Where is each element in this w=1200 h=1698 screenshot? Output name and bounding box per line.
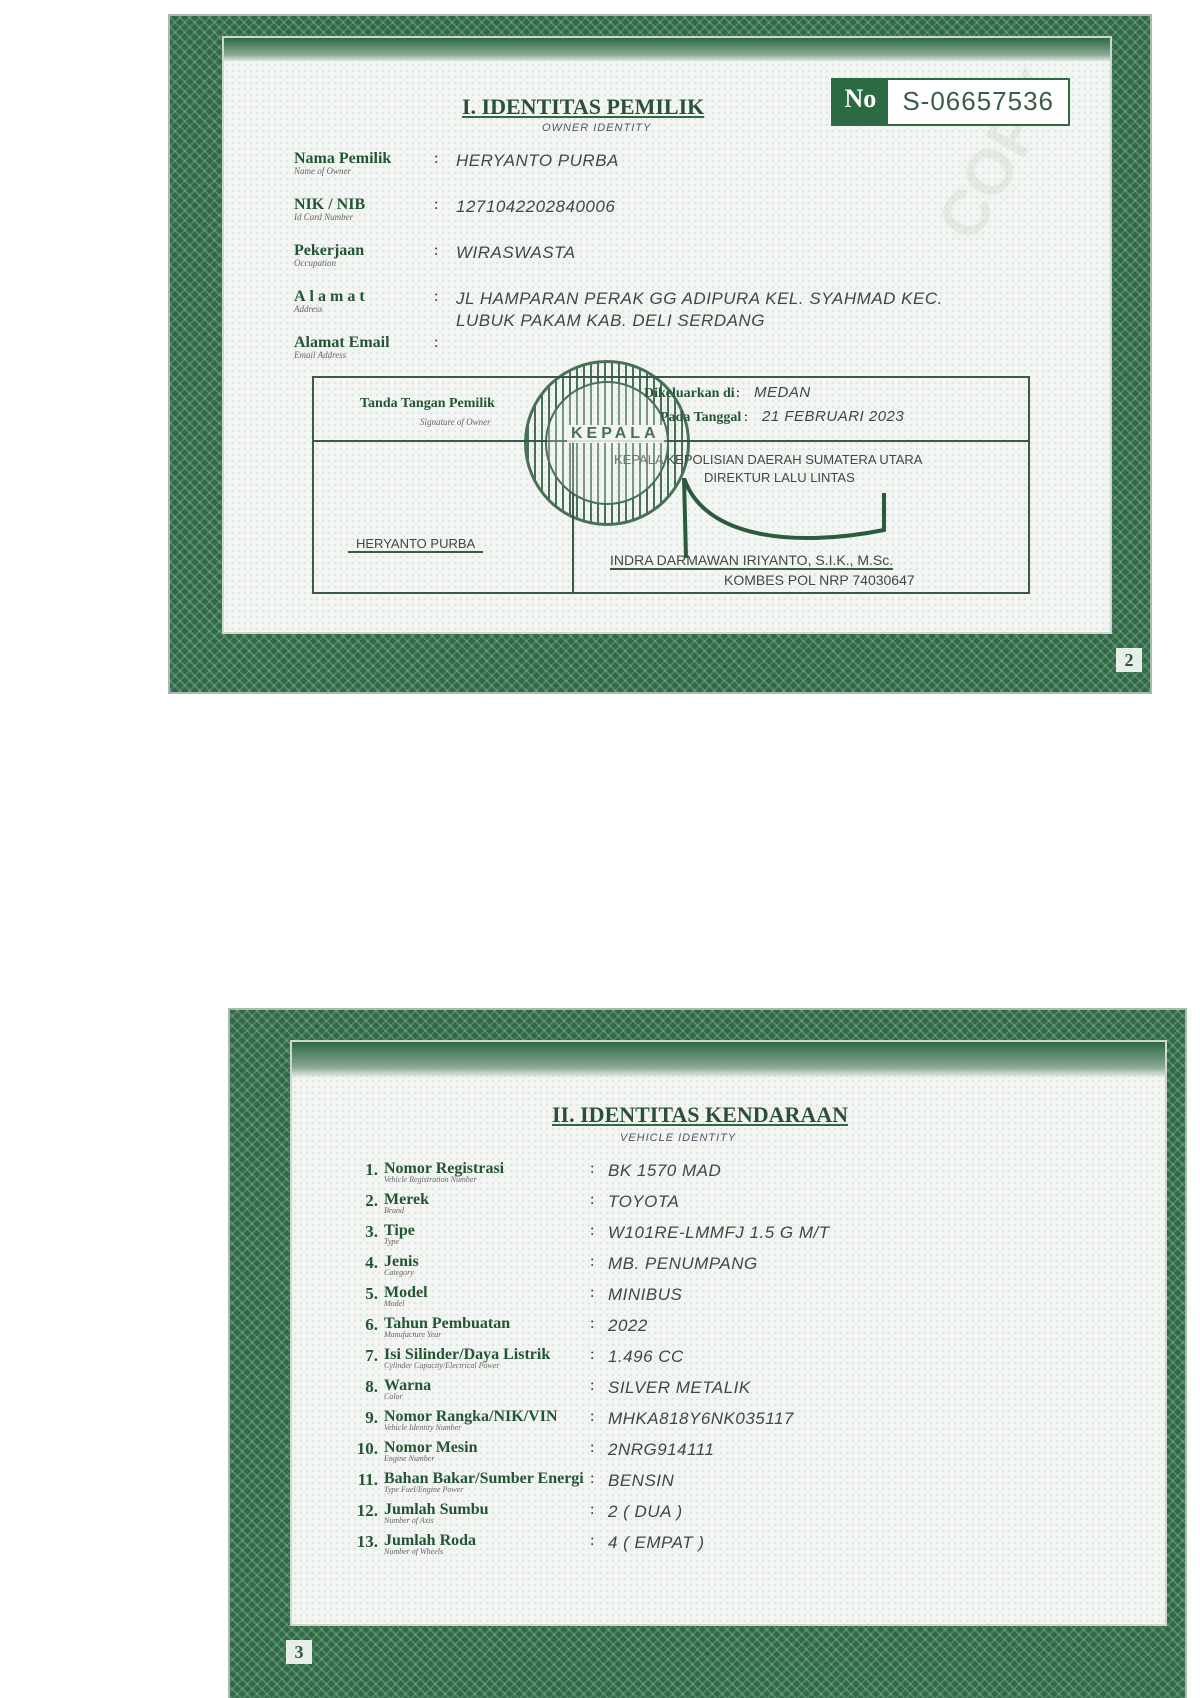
top-band bbox=[224, 38, 1110, 62]
field-value: MHKA818Y6NK035117 bbox=[608, 1408, 794, 1430]
field-value: BK 1570 MAD bbox=[608, 1160, 721, 1182]
field-sublabel: Cylinder Capacity/Electrical Power bbox=[384, 1361, 590, 1370]
owner-printed-name: HERYANTO PURBA bbox=[348, 536, 483, 553]
official-rank: KOMBES POL NRP 74030647 bbox=[724, 572, 915, 588]
vehicle-field-row: 4. JenisCategory : MB. PENUMPANG bbox=[348, 1253, 758, 1277]
owner-section-subtitle: OWNER IDENTITY bbox=[542, 122, 651, 134]
field-number: 3. bbox=[348, 1222, 384, 1242]
vehicle-card-panel: II. IDENTITAS KENDARAAN VEHICLE IDENTITY… bbox=[290, 1040, 1167, 1626]
owner-name-value: HERYANTO PURBA bbox=[456, 150, 619, 172]
police-stamp-icon: KEPALA bbox=[524, 360, 690, 526]
field-value: 4 ( EMPAT ) bbox=[608, 1532, 705, 1554]
field-value: 2022 bbox=[608, 1315, 648, 1337]
vehicle-field-row: 11. Bahan Bakar/Sumber EnergiType Fuel/E… bbox=[348, 1470, 674, 1494]
field-value: SILVER METALIK bbox=[608, 1377, 751, 1399]
field-owner-name: Nama PemilikName of Owner : HERYANTO PUR… bbox=[294, 150, 619, 176]
field-value: MINIBUS bbox=[608, 1284, 682, 1306]
occupation-value: WIRASWASTA bbox=[456, 242, 576, 264]
field-occupation: PekerjaanOccupation : WIRASWASTA bbox=[294, 242, 576, 268]
vehicle-field-row: 8. WarnaColor : SILVER METALIK bbox=[348, 1377, 751, 1401]
vehicle-field-row: 13. Jumlah RodaNumber of Wheels : 4 ( EM… bbox=[348, 1532, 705, 1556]
vehicle-field-row: 1. Nomor RegistrasiVehicle Registration … bbox=[348, 1160, 721, 1184]
field-nik: NIK / NIBId Card Number : 12710422028400… bbox=[294, 196, 615, 222]
official-name: INDRA DARMAWAN IRIYANTO, S.I.K., M.Sc. bbox=[610, 552, 893, 570]
field-value: 2 ( DUA ) bbox=[608, 1501, 683, 1523]
field-sublabel: Type bbox=[384, 1237, 590, 1246]
vehicle-field-row: 10. Nomor MesinEngine Number : 2NRG91411… bbox=[348, 1439, 714, 1463]
field-number: 7. bbox=[348, 1346, 384, 1366]
field-number: 6. bbox=[348, 1315, 384, 1335]
field-number: 12. bbox=[348, 1501, 384, 1521]
field-number: 13. bbox=[348, 1532, 384, 1552]
page-number-3: 3 bbox=[286, 1640, 312, 1664]
field-number: 2. bbox=[348, 1191, 384, 1211]
official-signature-icon bbox=[674, 478, 914, 558]
document-number-box: No S-06657536 bbox=[831, 78, 1070, 126]
vehicle-field-row: 9. Nomor Rangka/NIK/VINVehicle Identity … bbox=[348, 1408, 794, 1432]
top-band bbox=[292, 1042, 1165, 1078]
field-number: 1. bbox=[348, 1160, 384, 1180]
field-value: 2NRG914111 bbox=[608, 1439, 714, 1461]
issue-date-value: 21 FEBRUARI 2023 bbox=[762, 406, 904, 428]
vehicle-section-subtitle: VEHICLE IDENTITY bbox=[620, 1132, 736, 1144]
field-sublabel: Number of Wheels bbox=[384, 1547, 590, 1556]
vehicle-field-row: 3. TipeType : W101RE-LMMFJ 1.5 G M/T bbox=[348, 1222, 830, 1246]
issued-at-value: MEDAN bbox=[754, 382, 811, 404]
field-number: 11. bbox=[348, 1470, 384, 1490]
field-number: 5. bbox=[348, 1284, 384, 1304]
page-number-2: 2 bbox=[1116, 648, 1142, 672]
field-number: 4. bbox=[348, 1253, 384, 1273]
field-value: 1.496 CC bbox=[608, 1346, 684, 1368]
owner-card-panel: COPY No S-06657536 I. IDENTITAS PEMILIK … bbox=[222, 36, 1112, 634]
address-value: JL HAMPARAN PERAK GG ADIPURA KEL. SYAHMA… bbox=[456, 288, 943, 332]
field-number: 8. bbox=[348, 1377, 384, 1397]
vehicle-field-row: 12. Jumlah SumbuNumber of Axis : 2 ( DUA… bbox=[348, 1501, 683, 1525]
field-address: AlamatAddress : JL HAMPARAN PERAK GG ADI… bbox=[294, 288, 943, 332]
field-number: 9. bbox=[348, 1408, 384, 1428]
field-value: BENSIN bbox=[608, 1470, 674, 1492]
owner-section-title: I. IDENTITAS PEMILIK bbox=[462, 94, 704, 120]
field-number: 10. bbox=[348, 1439, 384, 1459]
nik-value: 1271042202840006 bbox=[456, 196, 615, 218]
field-value: MB. PENUMPANG bbox=[608, 1253, 758, 1275]
vehicle-section-title: II. IDENTITAS KENDARAAN bbox=[552, 1102, 848, 1128]
owner-signature-label: Tanda Tangan Pemilik Signature of Owner bbox=[360, 394, 495, 430]
document-number-value: S-06657536 bbox=[888, 80, 1068, 124]
field-value: W101RE-LMMFJ 1.5 G M/T bbox=[608, 1222, 830, 1244]
field-email: Alamat EmailEmail Address : bbox=[294, 334, 456, 360]
vehicle-field-row: 7. Isi Silinder/Daya ListrikCylinder Cap… bbox=[348, 1346, 684, 1370]
vehicle-field-row: 6. Tahun PembuatanManufacture Year : 202… bbox=[348, 1315, 648, 1339]
document-number-label: No bbox=[833, 80, 889, 124]
vehicle-identity-card: II. IDENTITAS KENDARAAN VEHICLE IDENTITY… bbox=[230, 1010, 1185, 1698]
field-sublabel: Engine Number bbox=[384, 1454, 590, 1463]
vehicle-field-row: 2. MerekBrand : TOYOTA bbox=[348, 1191, 679, 1215]
owner-identity-card: COPY No S-06657536 I. IDENTITAS PEMILIK … bbox=[170, 16, 1150, 692]
field-value: TOYOTA bbox=[608, 1191, 679, 1213]
vehicle-field-row: 5. ModelModel : MINIBUS bbox=[348, 1284, 682, 1308]
